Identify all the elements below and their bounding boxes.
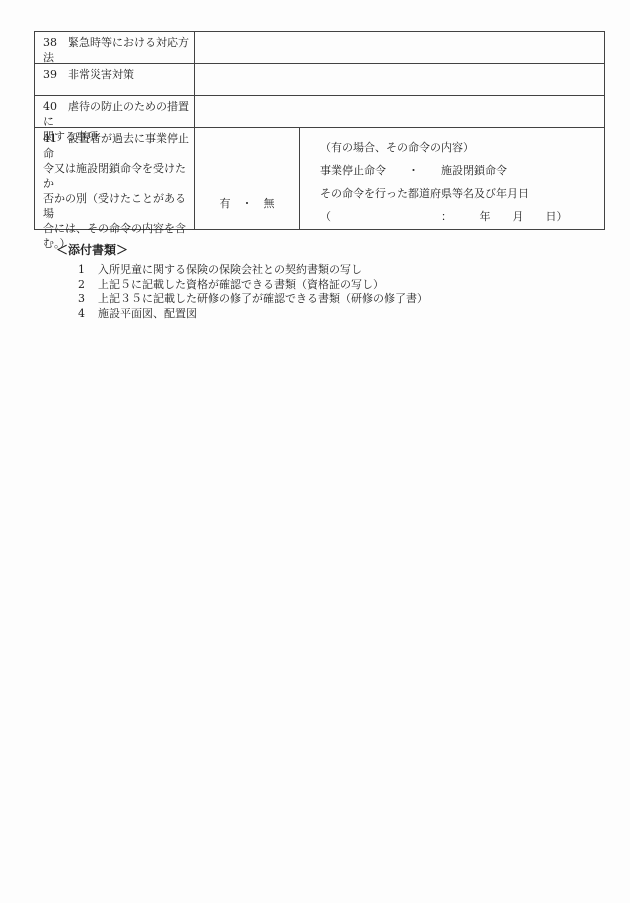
row39-entry-field[interactable] [195,64,604,95]
row41-order-detail-field[interactable]: （有の場合、その命令の内容） 事業停止命令 ・ 施設閉鎖命令 その命令を行った都… [300,128,604,229]
row40-label: 40 虐待の防止のための措置に 関する事項 [35,96,195,127]
application-form-table: 38 緊急時等における対応方法 39 非常災害対策 40 虐待の防止のための措置… [34,31,605,230]
attachment-3-text: 上記３５に記載した研修の修了が確認できる書類（研修の修了書） [98,292,596,307]
table-row-38: 38 緊急時等における対応方法 [35,32,604,64]
table-row-39: 39 非常災害対策 [35,64,604,96]
attachment-3-number: 3 [78,292,98,307]
table-row-40: 40 虐待の防止のための措置に 関する事項 [35,96,604,128]
attachment-2-number: 2 [78,278,98,293]
attachments-heading: ＜添付書類＞ [56,242,596,258]
attachment-item-3: 3 上記３５に記載した研修の修了が確認できる書類（研修の修了書） [78,292,596,307]
attachments-list: 1 入所児童に関する保険の保険会社との契約書類の写し 2 上記５に記載した資格が… [56,263,596,321]
attachment-4-number: 4 [78,307,98,322]
attachment-1-number: 1 [78,263,98,278]
row40-entry-field[interactable] [195,96,604,127]
attachment-item-1: 1 入所児童に関する保険の保険会社との契約書類の写し [78,263,596,278]
attachment-4-text: 施設平面図、配置図 [98,307,596,322]
row38-entry-field[interactable] [195,32,604,63]
row41-label: 41 設置者が過去に事業停止命 令又は施設閉鎖命令を受けたか 否かの別（受けたこ… [35,128,195,229]
attachment-item-4: 4 施設平面図、配置図 [78,307,596,322]
form-page: 38 緊急時等における対応方法 39 非常災害対策 40 虐待の防止のための措置… [0,0,630,903]
table-row-41: 41 設置者が過去に事業停止命 令又は施設閉鎖命令を受けたか 否かの別（受けたこ… [35,128,604,229]
attachment-2-text: 上記５に記載した資格が確認できる書類（資格証の写し） [98,278,596,293]
attachment-1-text: 入所児童に関する保険の保険会社との契約書類の写し [98,263,596,278]
row38-label: 38 緊急時等における対応方法 [35,32,195,63]
attachment-item-2: 2 上記５に記載した資格が確認できる書類（資格証の写し） [78,278,596,293]
row39-label: 39 非常災害対策 [35,64,195,95]
row41-yes-no-choice[interactable]: 有 ・ 無 [195,128,300,229]
attachments-section: ＜添付書類＞ 1 入所児童に関する保険の保険会社との契約書類の写し 2 上記５に… [56,242,596,321]
